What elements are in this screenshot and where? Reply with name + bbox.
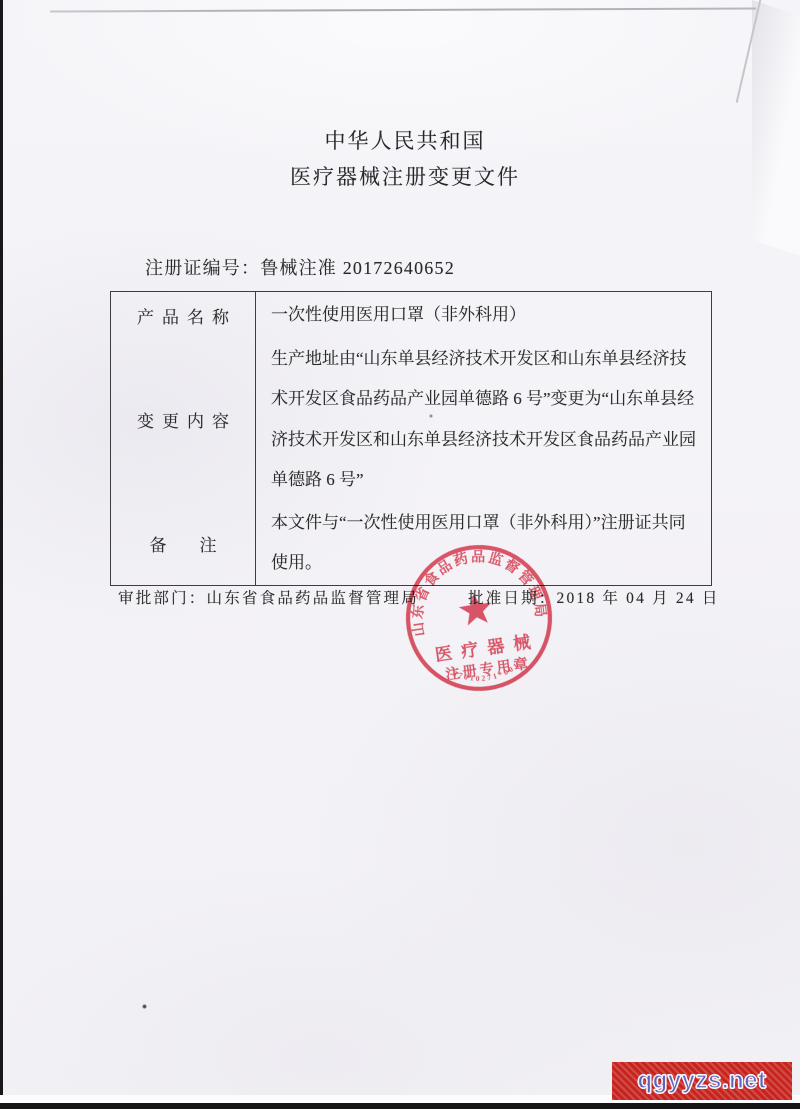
site-watermark: qgyyzs.net — [612, 1062, 792, 1100]
registration-number-value: 鲁械注准 20172640652 — [260, 258, 455, 278]
approval-date-value: 2018 年 04 月 24 日 — [557, 590, 720, 607]
approval-department-value: 山东省食品药品监督管理局 — [207, 590, 419, 607]
approval-date-label: 批准日期： — [468, 590, 557, 607]
seal-line2-text: 注册专用章 — [444, 655, 532, 684]
scan-speck — [142, 1004, 147, 1009]
seal-line1-text: 医疗器械 — [434, 630, 541, 664]
seal-serial-number: 37010271*001 — [450, 659, 523, 687]
table-label-change-content: 变更内容 — [111, 338, 256, 501]
scan-bottom-edge — [0, 1103, 800, 1109]
registration-number-line: 注册证编号：鲁械注准 20172640652 — [145, 254, 455, 280]
table-label-remarks: 备 注 — [111, 501, 256, 585]
change-details-table: 产品名称 一次性使用医用口罩（非外科用） 变更内容 生产地址由“山东单县经济技术… — [110, 291, 712, 586]
approval-department: 审批部门：山东省食品药品监督管理局 — [118, 586, 419, 608]
table-value-remarks: 本文件与“一次性使用医用口罩（非外科用）”注册证共同使用。 — [256, 501, 711, 585]
approval-department-label: 审批部门： — [118, 590, 207, 607]
scanned-document-page: 中华人民共和国 医疗器械注册变更文件 注册证编号：鲁械注准 2017264065… — [0, 0, 800, 1109]
approval-date: 批准日期：2018 年 04 月 24 日 — [468, 586, 720, 608]
table-label-product-name: 产品名称 — [111, 292, 256, 338]
registration-number-label: 注册证编号： — [145, 258, 260, 278]
title-country: 中华人民共和国 — [0, 123, 800, 159]
table-value-product-name: 一次性使用医用口罩（非外科用） — [256, 292, 711, 338]
table-value-change-content: 生产地址由“山东单县经济技术开发区和山东单县经济技术开发区食品药品产业园单德路 … — [256, 338, 711, 501]
document-title: 中华人民共和国 医疗器械注册变更文件 — [0, 123, 800, 195]
paper-top-edge — [50, 7, 756, 12]
title-document-type: 医疗器械注册变更文件 — [0, 159, 800, 195]
